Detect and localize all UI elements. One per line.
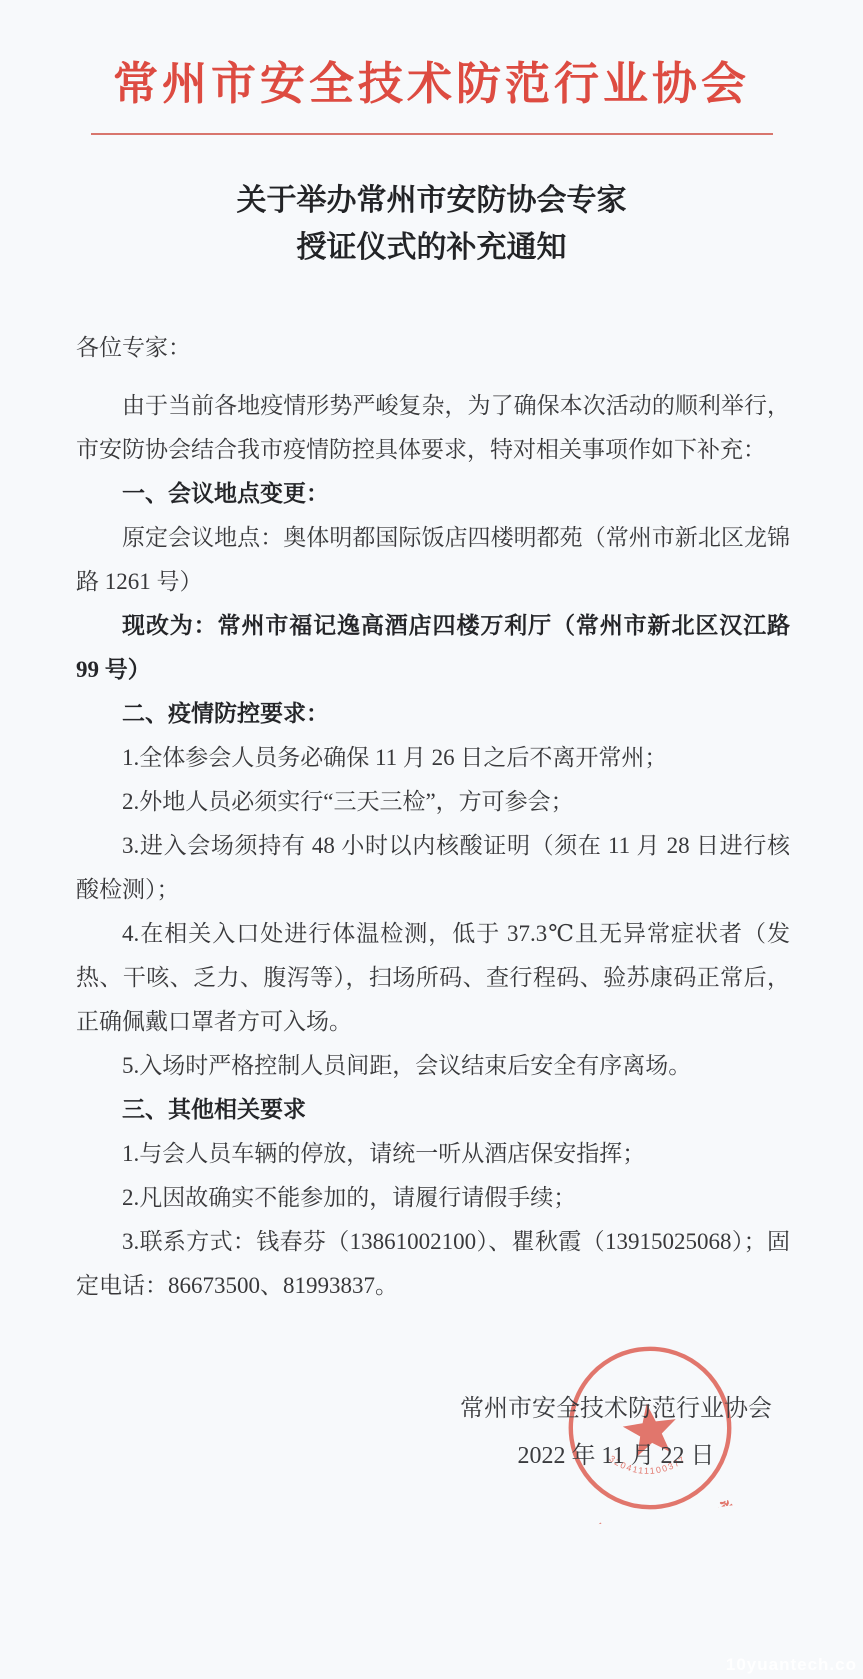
paragraph: 2.外地人员必须实行“三天三检”，方可参会； <box>76 780 790 824</box>
paragraph: 现改为：常州市福记逸高酒店四楼万利厅（常州市新北区汉江路 99 号） <box>76 604 790 692</box>
document-title-line1: 关于举办常州市安防协会专家 <box>237 184 627 217</box>
signature-date: 2022 年 11 月 22 日 <box>451 1433 781 1480</box>
paragraph: 3.联系方式：钱春芬（13861002100）、瞿秋霞（13915025068）… <box>76 1220 790 1308</box>
document-page: 常州市安全技术防范行业协会 关于举办常州市安防协会专家 授证仪式的补充通知 各位… <box>0 0 863 1679</box>
paragraph: 由于当前各地疫情形势严峻复杂，为了确保本次活动的顺利举行，市安防协会结合我市疫情… <box>76 384 790 472</box>
document-title-line2: 授证仪式的补充通知 <box>297 231 567 264</box>
paragraph: 2.凡因故确实不能参加的，请履行请假手续； <box>76 1176 790 1220</box>
paragraph: 1.与会人员车辆的停放，请统一听从酒店保安指挥； <box>76 1132 790 1176</box>
paragraph: 一、会议地点变更： <box>76 472 790 516</box>
document-body: 各位专家：由于当前各地疫情形势严峻复杂，为了确保本次活动的顺利举行，市安防协会结… <box>0 326 863 1308</box>
paragraph: 3.进入会场须持有 48 小时以内核酸证明（须在 11 月 28 日进行核酸检测… <box>76 824 790 912</box>
paragraph: 原定会议地点：奥体明都国际饭店四楼明都苑（常州市新北区龙锦路 1261 号） <box>76 516 790 604</box>
paragraph: 三、其他相关要求 <box>76 1088 790 1132</box>
paragraph: 二、疫情防控要求： <box>76 692 790 736</box>
document-title: 关于举办常州市安防协会专家 授证仪式的补充通知 <box>0 177 863 271</box>
letterhead-divider <box>91 133 773 135</box>
watermark: 10yuantech.co <box>726 1655 857 1675</box>
seal-ring-text: 常州市安全技术防范行业协会 <box>572 1492 749 1527</box>
paragraph: 5.入场时严格控制人员间距，会议结束后安全有序离场。 <box>76 1044 790 1088</box>
paragraph: 4.在相关入口处进行体温检测，低于 37.3℃且无异常症状者（发热、干咳、乏力、… <box>76 912 790 1044</box>
paragraph: 1.全体参会人员务必确保 11 月 26 日之后不离开常州； <box>76 736 790 780</box>
signature-org: 常州市安全技术防范行业协会 <box>451 1386 781 1433</box>
signature-block: 常州市安全技术防范行业协会 2022 年 11 月 22 日 <box>451 1386 781 1480</box>
paragraph: 各位专家： <box>76 326 790 370</box>
letterhead-org-name: 常州市安全技术防范行业协会 <box>0 62 863 107</box>
